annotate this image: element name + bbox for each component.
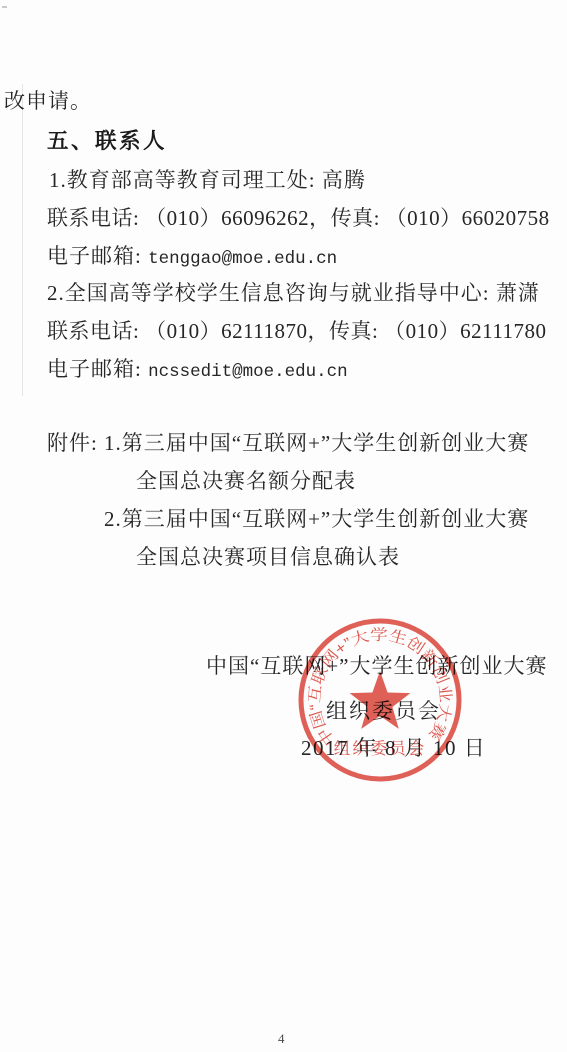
contact-2-email-value: ncssedit@moe.edu.cn bbox=[148, 362, 348, 382]
contact-1-phone-fax: 联系电话: （010）66096262，传真: （010）66020758 bbox=[47, 206, 550, 231]
contact-1-email-value: tenggao@moe.edu.cn bbox=[148, 249, 337, 269]
attachment-2-line1: 2.第三届中国“互联网+”大学生创新创业大赛 bbox=[104, 507, 529, 532]
intro-line: 改申请。 bbox=[4, 89, 92, 114]
seal-bottom-text: 组织委员会 bbox=[334, 739, 427, 758]
contact-1-email-label: 电子邮箱: bbox=[47, 244, 148, 268]
page-number: 4 bbox=[278, 1031, 285, 1047]
attachments-label: 附件: bbox=[47, 431, 98, 456]
contact-2-email: 电子邮箱: ncssedit@moe.edu.cn bbox=[47, 357, 348, 385]
contact-2-title: 2.全国高等学校学生信息咨询与就业指导中心: 萧潇 bbox=[47, 281, 540, 306]
section-heading: 五、联系人 bbox=[47, 129, 167, 154]
attachment-2-line2: 全国总决赛项目信息确认表 bbox=[136, 545, 400, 570]
contact-1-title: 1.教育部高等教育司理工处: 高腾 bbox=[49, 168, 366, 193]
contact-2-phone-fax: 联系电话: （010）62111870，传真: （010）62111780 bbox=[47, 319, 547, 344]
contact-2-email-label: 电子邮箱: bbox=[47, 357, 148, 381]
official-seal-stamp: 中国“互联网+”大学生创新创业大赛 组织委员会 bbox=[293, 613, 467, 787]
seal-star-icon bbox=[350, 671, 411, 729]
scan-artifact-fold-line bbox=[22, 84, 23, 396]
scan-artifact-mark bbox=[2, 6, 7, 8]
attachment-1-line1: 1.第三届中国“互联网+”大学生创新创业大赛 bbox=[104, 431, 529, 456]
scanned-document-page: 改申请。 五、联系人 1.教育部高等教育司理工处: 高腾 联系电话: （010）… bbox=[0, 0, 567, 1052]
contact-1-email: 电子邮箱: tenggao@moe.edu.cn bbox=[47, 244, 337, 272]
attachment-1-line2: 全国总决赛名额分配表 bbox=[136, 469, 356, 494]
